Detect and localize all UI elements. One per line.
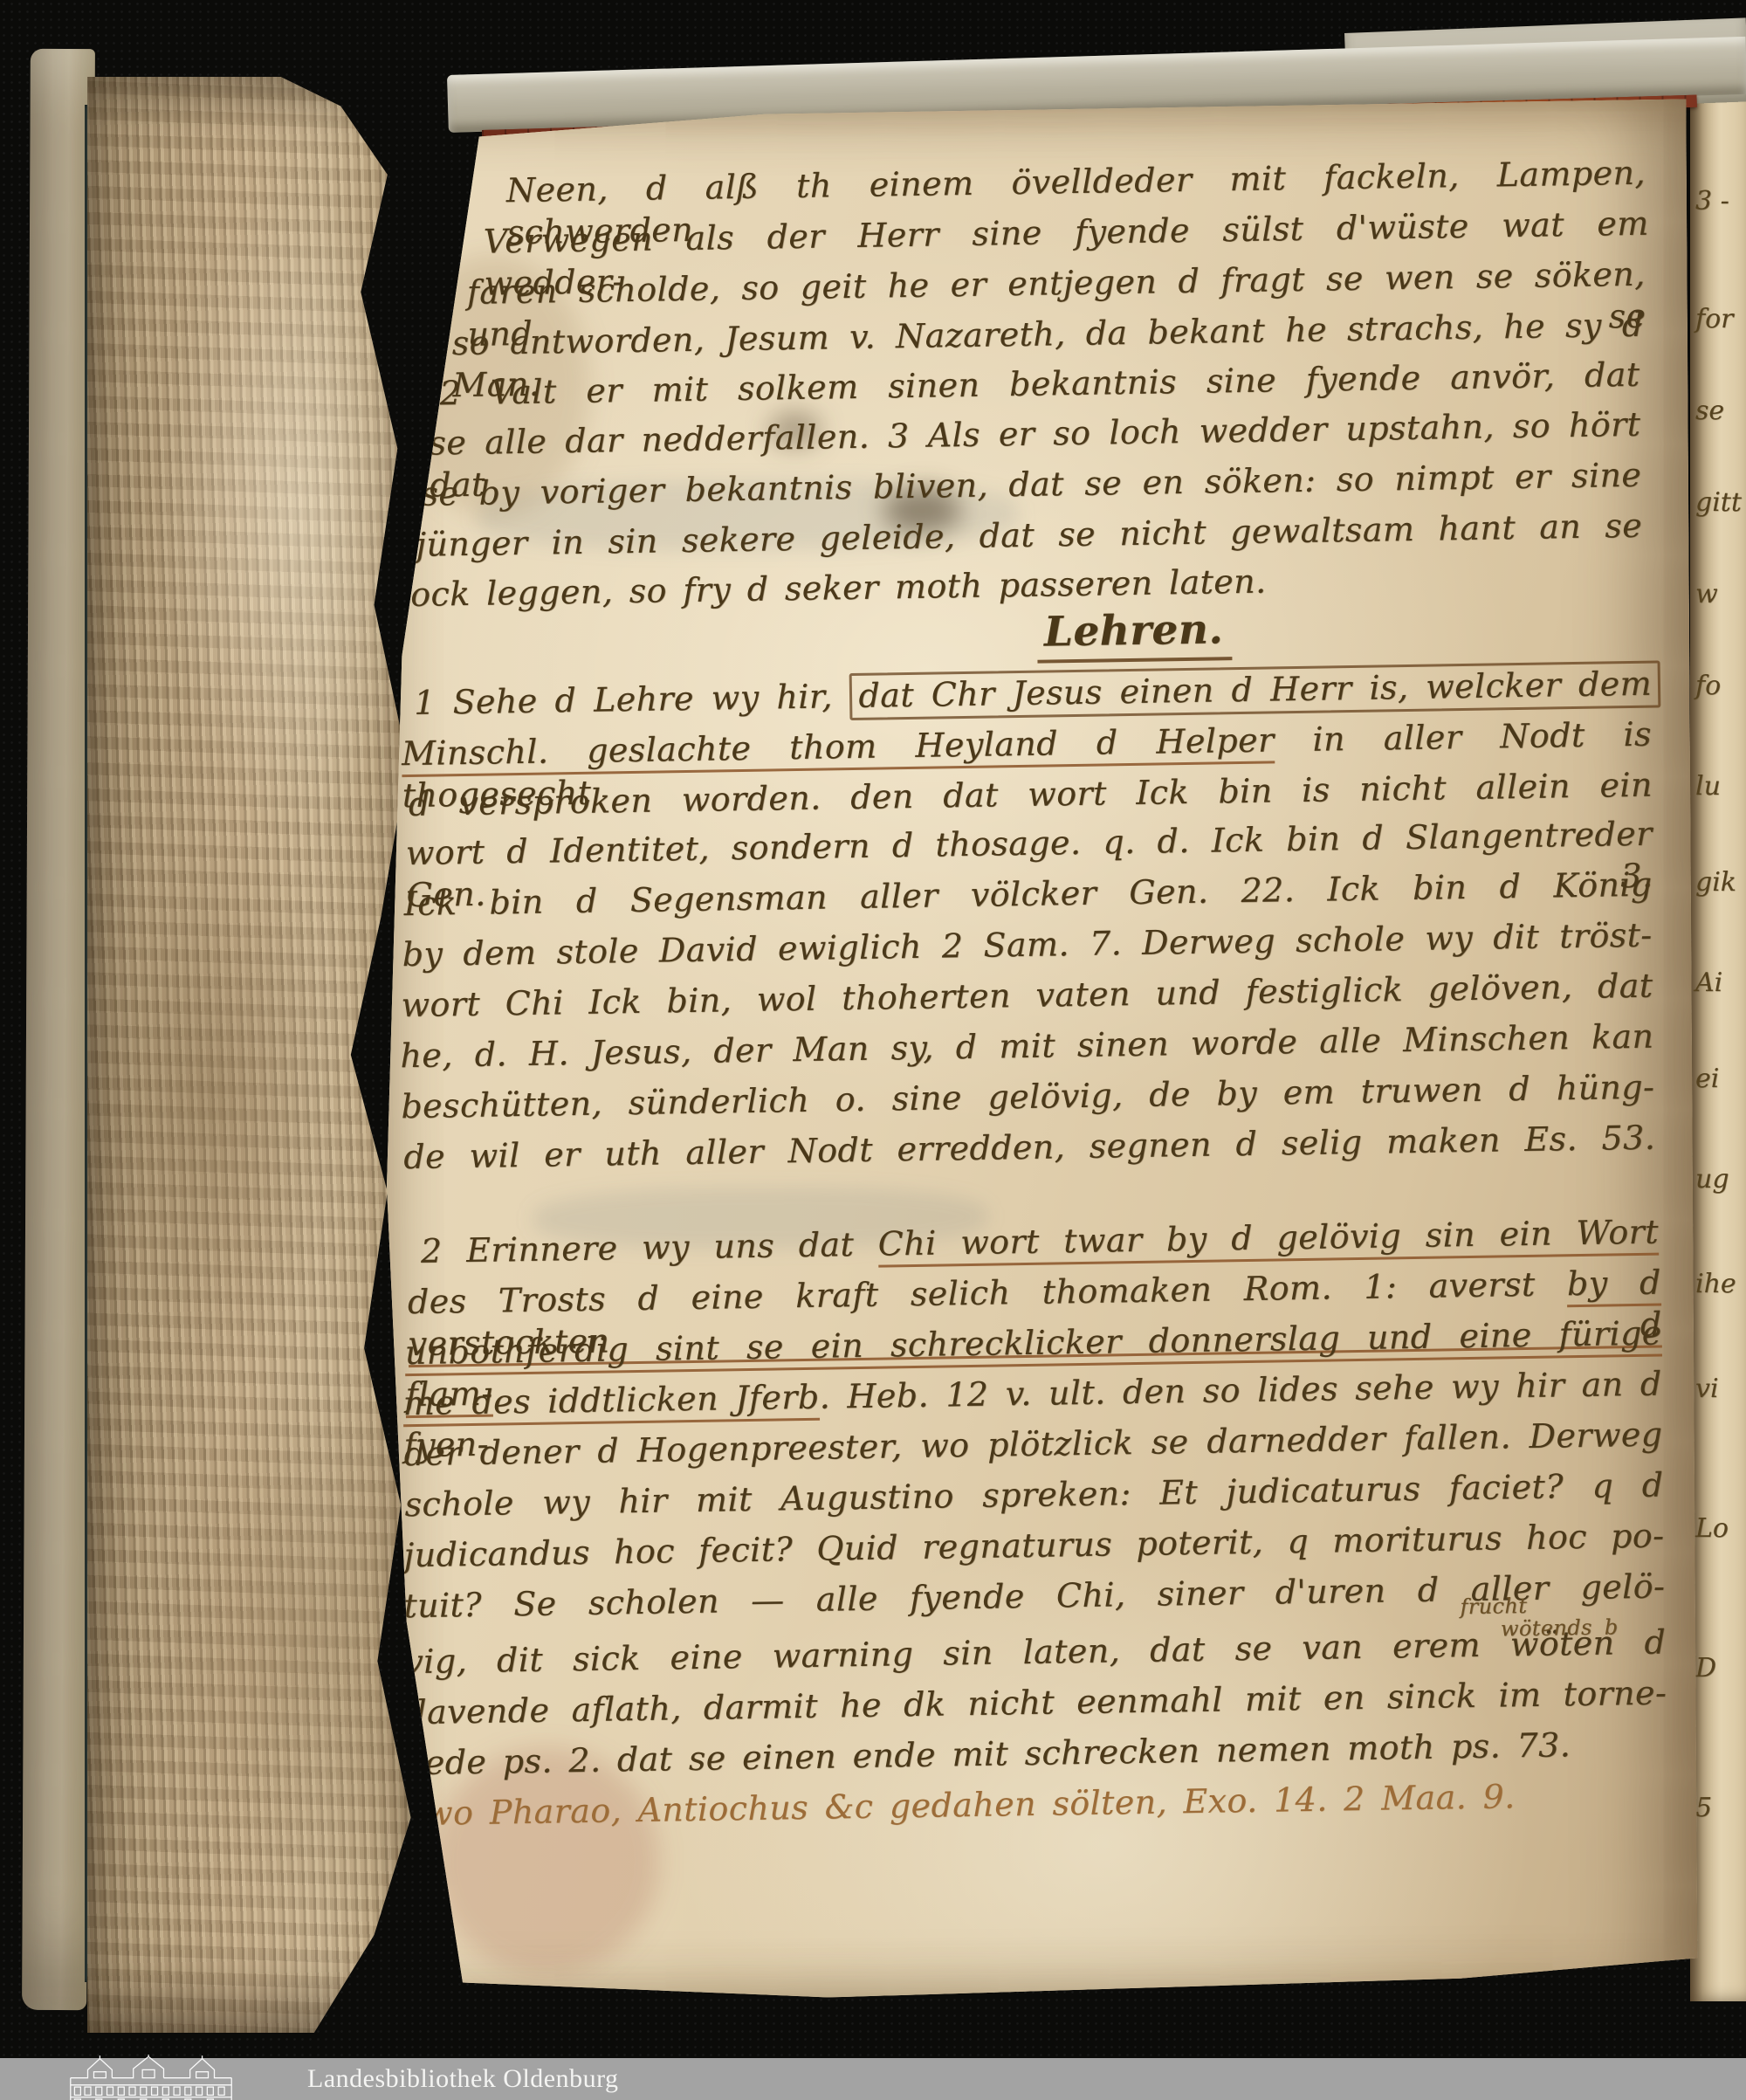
manuscript-line: vig, dit sick eine warning sin laten, da… [404,1622,1667,1683]
manuscript-text-segment: 2 Erinnere wy uns dat [421,1225,878,1270]
recto-text-fragment: Ai [1695,970,1722,996]
manuscript-text-segment: judicandus hoc fecit? Quid regnaturus po… [403,1517,1665,1575]
recto-text-fragment: ug [1695,1167,1729,1193]
interlinear-note: wötends b [1501,1614,1619,1642]
manuscript-line: de wil er uth aller Nodt erredden, segne… [403,1118,1656,1179]
recto-text-fragment: 3 - [1695,189,1729,215]
manuscript-line: davende aflath, darmit he dk nicht eenma… [405,1673,1667,1734]
manuscript-line: schole wy hir mit Augustino spreken: Et … [404,1465,1664,1526]
manuscript-line: beschütten, sünderlich o. sine gelövig, … [401,1067,1655,1128]
manuscript-text-segment: schole wy hir mit Augustino spreken: Et … [404,1466,1664,1525]
manuscript-text-segment: dat Chr Jesus einen d Herr is, welcker d… [849,660,1660,720]
manuscript-text-segment: wort Chi Ick bin, wol thoherten vaten un… [401,967,1653,1025]
recto-text-fragment: se [1695,398,1724,424]
manuscript-text-segment: vig, dit sick eine warning sin laten, da… [404,1623,1667,1682]
recto-text-fragment: gitt [1695,490,1742,516]
page-stack-fore-edge [87,77,421,2033]
manuscript-text-segment: davende aflath, darmit he dk nicht eenma… [405,1674,1667,1732]
manuscript-text-segment: 1 Sehe d Lehre wy hir, [414,677,850,722]
recto-fragments: 3 -forsegittwfolugikAieiugiheviLoD5 [1690,84,1746,2001]
manuscript-line: by dem stole David ewiglich 2 Sam. 7. De… [402,915,1653,976]
manuscript-text-segment: beschütten, sünderlich o. sine gelövig, … [401,1068,1655,1126]
recto-text-fragment: D [1695,1656,1716,1682]
facing-page-sliver: 3 -forsegittwfolugikAieiugiheviLoD5 [1690,84,1746,2001]
manuscript-text-segment: wo Pharao, Antiochus &c gedahen sölten, … [424,1777,1516,1833]
recto-text-fragment: w [1695,582,1718,608]
manuscript-line: judicandus hoc fecit? Quid regnaturus po… [403,1516,1665,1577]
manuscript-text-segment: wötends b [1501,1615,1619,1641]
manuscript-text-segment: by dem stole David ewiglich 2 Sam. 7. De… [402,916,1653,974]
recto-text-fragment: fo [1695,673,1721,699]
digitized-manuscript-photo: 3 -forsegittwfolugikAieiugiheviLoD5 Neen… [0,0,1746,2100]
manuscript-line: wort Chi Ick bin, wol thoherten vaten un… [401,966,1653,1027]
library-building-icon [7,2055,295,2100]
manuscript-line: rede ps. 2. dat se einen ende mit schrec… [409,1725,1571,1784]
recto-text-fragment: lu [1695,774,1721,800]
manuscript-text-segment: de wil er uth aller Nodt erredden, segne… [403,1119,1656,1177]
library-footer-bar: Landesbibliothek Oldenburg [0,2058,1746,2100]
recto-text-fragment: ei [1695,1066,1719,1092]
manuscript-line: he, d. H. Jesus, der Man sy, d mit sinen… [400,1016,1654,1078]
manuscript-line: 2 Erinnere wy uns dat Chi wort twar by d… [421,1212,1660,1273]
manuscript-text-segment: jünger in sin sekere geleide, dat se nic… [416,506,1643,564]
manuscript-text-segment: he, d. H. Jesus, der Man sy, d mit sinen… [400,1017,1654,1076]
manuscript-line: jünger in sin sekere geleide, dat se nic… [416,506,1643,567]
section-heading: Lehren. [1036,604,1232,658]
recto-text-fragment: ihe [1695,1271,1736,1298]
recto-text-fragment: vi [1695,1376,1719,1402]
manuscript-text-segment: Chi wort twar by d gelövig sin ein Wort [877,1213,1659,1268]
recto-text-fragment: 5 [1695,1795,1712,1821]
library-name-label: Landesbibliothek Oldenburg [307,2064,619,2094]
recto-text-fragment: gik [1695,870,1736,896]
manuscript-text-segment: Lehren. [1037,605,1233,663]
manuscript-text-segment: Minschl. geslachte thom Heyland d Helper [402,720,1275,777]
manuscript-page: Neen, d alß th einem övelldeder mit fack… [369,99,1697,2000]
manuscript-line: 1 Sehe d Lehre wy hir, dat Chr Jesus ein… [414,663,1661,724]
manuscript-text-segment: me des iddtlicken Jferb [402,1378,820,1427]
recto-text-fragment: for [1695,306,1734,333]
manuscript-line: wo Pharao, Antiochus &c gedahen sölten, … [424,1776,1516,1835]
recto-text-fragment: Lo [1695,1516,1729,1542]
handwriting-layer: Neen, d alß th einem övelldeder mit fack… [369,86,1715,2000]
manuscript-text-segment: rede ps. 2. dat se einen ende mit schrec… [409,1725,1571,1782]
